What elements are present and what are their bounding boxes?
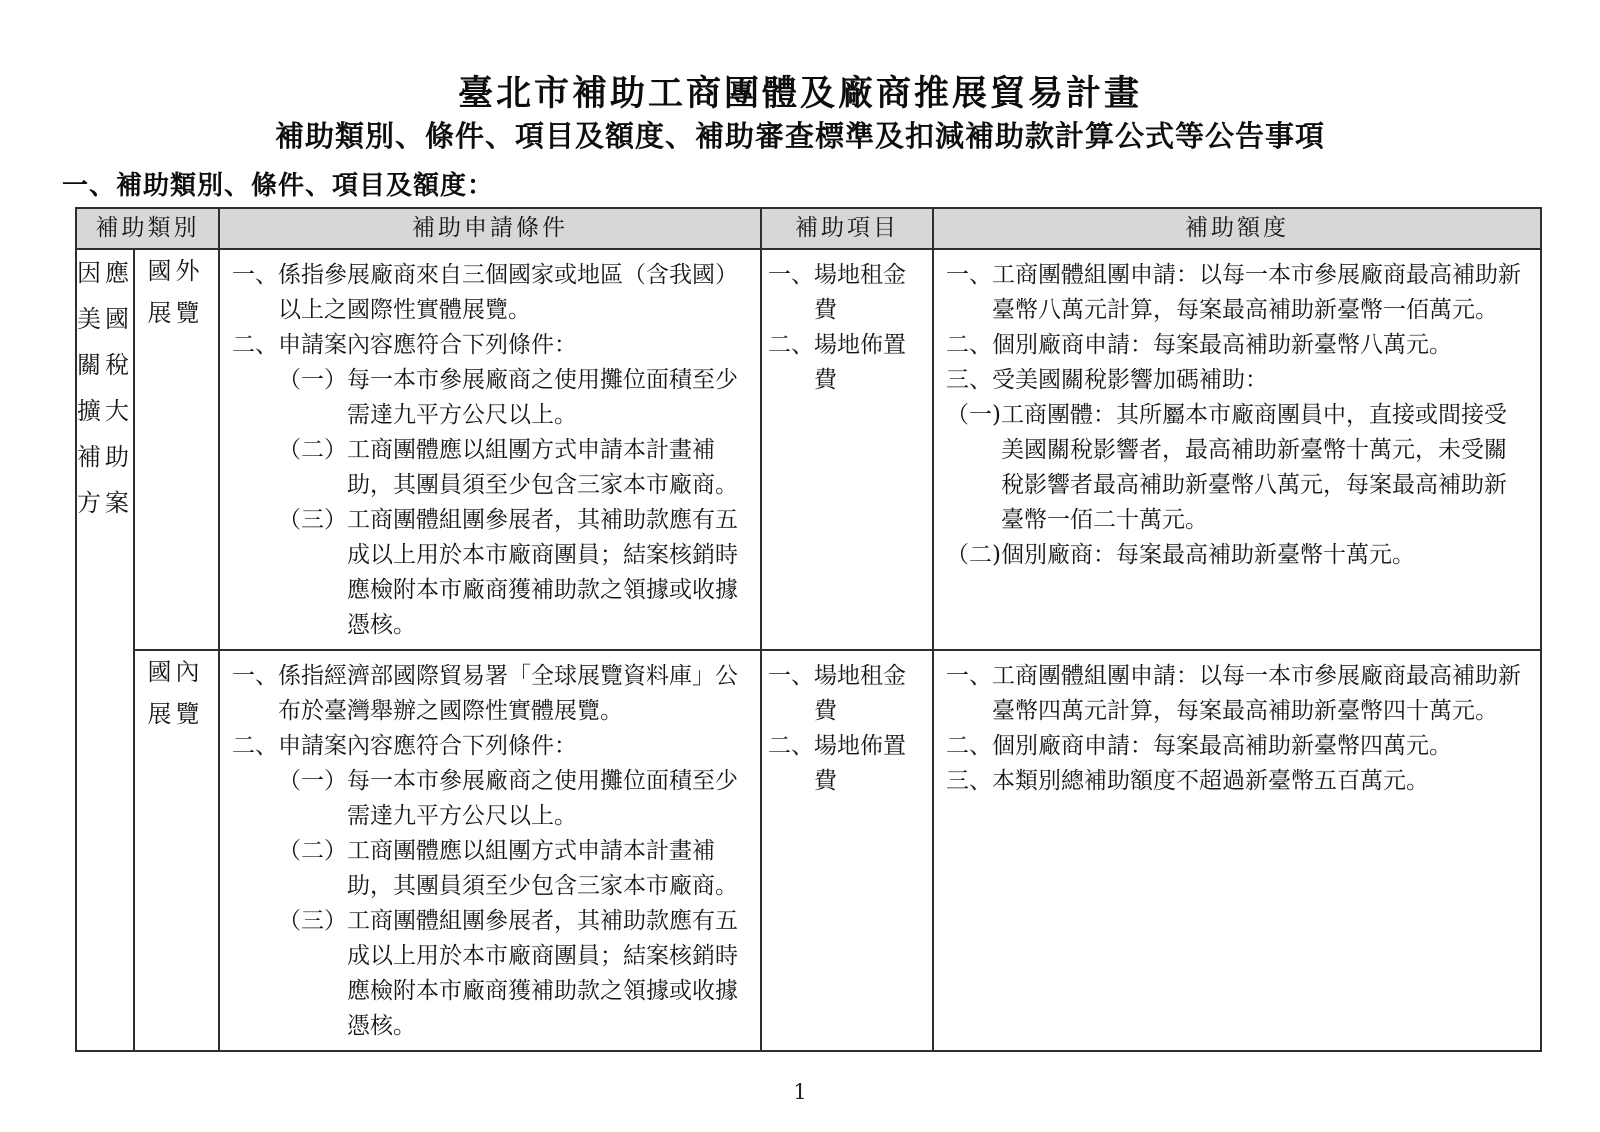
items-cell-overseas: 一、場地租金費 二、場地佈置費 (761, 249, 933, 650)
subcategory-label: 國外展覽 (148, 250, 206, 334)
table-row: 國內展覽 一、係指經濟部國際貿易署「全球展覽資料庫」公布於臺灣舉辦之國際性實體展… (76, 650, 1541, 1051)
category-group-cell: 因應美國關稅擴大補助方案 (76, 249, 134, 1051)
amount-item: 二、個別廠商申請：每案最高補助新臺幣八萬元。 (946, 328, 1528, 363)
table-header-row: 補助類別 補助申請條件 補助項目 補助額度 (76, 208, 1541, 249)
section-heading: 一、補助類別、條件、項目及額度： (62, 165, 494, 202)
category-group-label: 因應美國關稅擴大補助方案 (77, 250, 135, 526)
subcategory-cell-overseas: 國外展覽 (134, 249, 219, 650)
amount-cell-domestic: 一、工商團體組團申請：以每一本市參展廠商最高補助新臺幣四萬元計算，每案最高補助新… (933, 650, 1541, 1051)
document-title: 臺北市補助工商團體及廠商推展貿易計畫 (0, 66, 1600, 116)
amount-item: 一、工商團體組團申請：以每一本市參展廠商最高補助新臺幣八萬元計算，每案最高補助新… (946, 258, 1528, 328)
item-entry: 一、場地租金費 (768, 258, 928, 328)
condition-item: 一、係指經濟部國際貿易署「全球展覽資料庫」公布於臺灣舉辦之國際性實體展覽。 (232, 659, 748, 729)
subcategory-cell-domestic: 國內展覽 (134, 650, 219, 1051)
document-subtitle: 補助類別、條件、項目及額度、補助審查標準及扣減補助款計算公式等公告事項 (0, 114, 1600, 155)
amount-subitem: （二)個別廠商：每案最高補助新臺幣十萬元。 (946, 538, 1528, 573)
header-items: 補助項目 (761, 208, 933, 249)
condition-subitem: （三）工商團體組團參展者，其補助款應有五成以上用於本市廠商團員；結案核銷時應檢附… (278, 503, 748, 643)
items-cell-domestic: 一、場地租金費 二、場地佈置費 (761, 650, 933, 1051)
amount-item: 一、工商團體組團申請：以每一本市參展廠商最高補助新臺幣四萬元計算，每案最高補助新… (946, 659, 1528, 729)
amount-item: 二、個別廠商申請：每案最高補助新臺幣四萬元。 (946, 729, 1528, 764)
condition-subitem: （二）工商團體應以組團方式申請本計畫補助，其團員須至少包含三家本市廠商。 (278, 834, 748, 904)
item-entry: 一、場地租金費 (768, 659, 928, 729)
conditions-cell-overseas: 一、係指參展廠商來自三個國家或地區（含我國）以上之國際性實體展覽。 二、申請案內… (219, 249, 761, 650)
conditions-cell-domestic: 一、係指經濟部國際貿易署「全球展覽資料庫」公布於臺灣舉辦之國際性實體展覽。 二、… (219, 650, 761, 1051)
condition-item: 一、係指參展廠商來自三個國家或地區（含我國）以上之國際性實體展覽。 (232, 258, 748, 328)
amount-cell-overseas: 一、工商團體組團申請：以每一本市參展廠商最高補助新臺幣八萬元計算，每案最高補助新… (933, 249, 1541, 650)
amount-subitem: （一)工商團體：其所屬本市廠商團員中，直接或間接受美國關稅影響者，最高補助新臺幣… (946, 398, 1528, 538)
item-entry: 二、場地佈置費 (768, 328, 928, 398)
subsidy-table: 補助類別 補助申請條件 補助項目 補助額度 因應美國關稅擴大補助方案 國外展覽 … (75, 207, 1542, 1052)
amount-item: 三、受美國關稅影響加碼補助： (946, 363, 1528, 398)
condition-subitem: （一）每一本市參展廠商之使用攤位面積至少需達九平方公尺以上。 (278, 764, 748, 834)
subcategory-label: 國內展覽 (148, 651, 206, 735)
header-conditions: 補助申請條件 (219, 208, 761, 249)
header-category: 補助類別 (76, 208, 219, 249)
item-entry: 二、場地佈置費 (768, 729, 928, 799)
header-amount: 補助額度 (933, 208, 1541, 249)
condition-item: 二、申請案內容應符合下列條件： (232, 729, 748, 764)
condition-item: 二、申請案內容應符合下列條件： (232, 328, 748, 363)
amount-item: 三、本類別總補助額度不超過新臺幣五百萬元。 (946, 764, 1528, 799)
condition-subitem: （三）工商團體組團參展者，其補助款應有五成以上用於本市廠商團員；結案核銷時應檢附… (278, 904, 748, 1044)
page-number: 1 (0, 1080, 1600, 1104)
condition-subitem: （二）工商團體應以組團方式申請本計畫補助，其團員須至少包含三家本市廠商。 (278, 433, 748, 503)
table-row: 因應美國關稅擴大補助方案 國外展覽 一、係指參展廠商來自三個國家或地區（含我國）… (76, 249, 1541, 650)
condition-subitem: （一）每一本市參展廠商之使用攤位面積至少需達九平方公尺以上。 (278, 363, 748, 433)
